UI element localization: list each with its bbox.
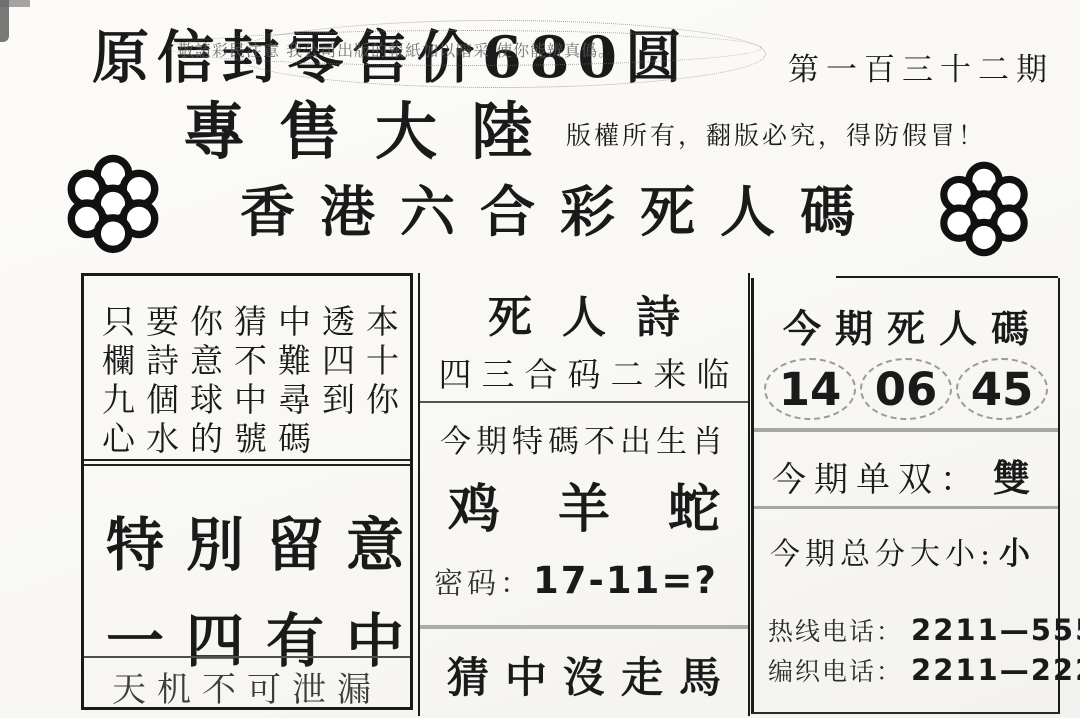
odd-even-label: 今期单双： xyxy=(772,452,982,501)
hotline-number: 2211—5555 xyxy=(911,613,1080,647)
weave-phone-label: 编织电话： xyxy=(768,652,903,688)
special-notice-line1: 特別留意 xyxy=(84,498,410,582)
rule-divider xyxy=(84,656,410,658)
poem-line: 欄詩意不難四十 xyxy=(102,341,410,380)
secret-code-row: 密码： 17-11=? xyxy=(420,559,748,602)
secret-footer-note: 天机不可泄漏 xyxy=(84,662,410,711)
lucky-number-oval: 06 xyxy=(860,358,952,420)
hotline-label: 热线电话： xyxy=(768,612,903,648)
zodiac-exclusion-note: 今期特碼不出生肖 xyxy=(420,416,748,461)
copyright-notice: 版權所有，翻版必究，得防假冒！ xyxy=(566,116,986,152)
zodiac-sign: 羊 xyxy=(558,467,610,542)
poem-line: 九個球中尋到你 xyxy=(102,380,410,419)
zodiac-sign: 鸡 xyxy=(448,467,500,542)
weave-phone-row: 编织电话： 2211—2222 xyxy=(754,652,1058,688)
poem-line: 心水的號碼 xyxy=(102,419,410,458)
panel-top-border xyxy=(836,276,1058,278)
total-size-value: 小 xyxy=(999,528,1030,573)
middle-footer-note: 猜中沒走馬 xyxy=(420,645,748,705)
anti-counterfeit-watermark-note: 敬請彩民注意 我公司出版的報紙加以暗采 使你能辨真僞。 xyxy=(178,38,758,61)
total-size-label: 今期总分大小: xyxy=(770,529,995,573)
lucky-number-oval: 45 xyxy=(956,358,1048,420)
flower-icon xyxy=(62,150,164,256)
lottery-flyer-page: 原信封零售价680圆 敬請彩民注意 我公司出版的報紙加以暗采 使你能辨真僞。 第… xyxy=(0,0,1080,718)
middle-panel: 死人詩 四三合码二来临 今期特碼不出生肖 鸡 羊 蛇 密码： 17-11=? 猜… xyxy=(418,273,750,716)
weave-phone-number: 2211—2222 xyxy=(911,653,1080,687)
lucky-number: 14 xyxy=(779,363,842,416)
dead-numbers-title: 今期死人碼 xyxy=(754,298,1058,353)
double-rule-divider xyxy=(84,459,410,466)
rule-divider xyxy=(754,506,1058,509)
market-title: 專售大陸 xyxy=(183,82,567,171)
odd-even-value: 雙 xyxy=(993,448,1030,502)
issue-number: 第一百三十二期 xyxy=(788,44,1054,89)
total-size-row: 今期总分大小: 小 xyxy=(754,528,1058,573)
flower-icon xyxy=(934,158,1034,258)
hotline-row: 热线电话： 2211—5555 xyxy=(754,612,1058,648)
zodiac-row: 鸡 羊 蛇 xyxy=(420,467,748,542)
dead-man-poem-title: 死人詩 xyxy=(420,281,748,345)
lucky-number: 45 xyxy=(971,363,1034,416)
secret-code-label: 密码： xyxy=(434,561,533,602)
poem-line: 只要你猜中透本 xyxy=(102,302,410,341)
dead-man-poem-verse: 四三合码二来临 xyxy=(420,349,748,396)
rule-divider xyxy=(754,428,1058,432)
lucky-number: 06 xyxy=(875,363,938,416)
zodiac-sign: 蛇 xyxy=(668,467,720,542)
lucky-numbers-row: 14 06 45 xyxy=(754,358,1058,420)
right-panel: 今期死人碼 14 06 45 今期单双： 雙 今期总分大小: 小 热线电话： 2… xyxy=(751,278,1060,714)
scan-artifact-dash xyxy=(0,0,30,7)
odd-even-row: 今期单双： 雙 xyxy=(754,448,1058,502)
lucky-number-oval: 14 xyxy=(764,358,856,420)
teaser-poem: 只要你猜中透本 欄詩意不難四十 九個球中尋到你 心水的號碼 xyxy=(84,302,410,458)
left-panel: 只要你猜中透本 欄詩意不難四十 九個球中尋到你 心水的號碼 特別留意 一四有中 … xyxy=(81,273,413,710)
secret-code-value: 17-11=? xyxy=(533,559,718,602)
rule-divider xyxy=(420,401,748,403)
main-title: 香港六合彩死人碼 xyxy=(240,168,880,247)
rule-divider xyxy=(420,625,748,629)
